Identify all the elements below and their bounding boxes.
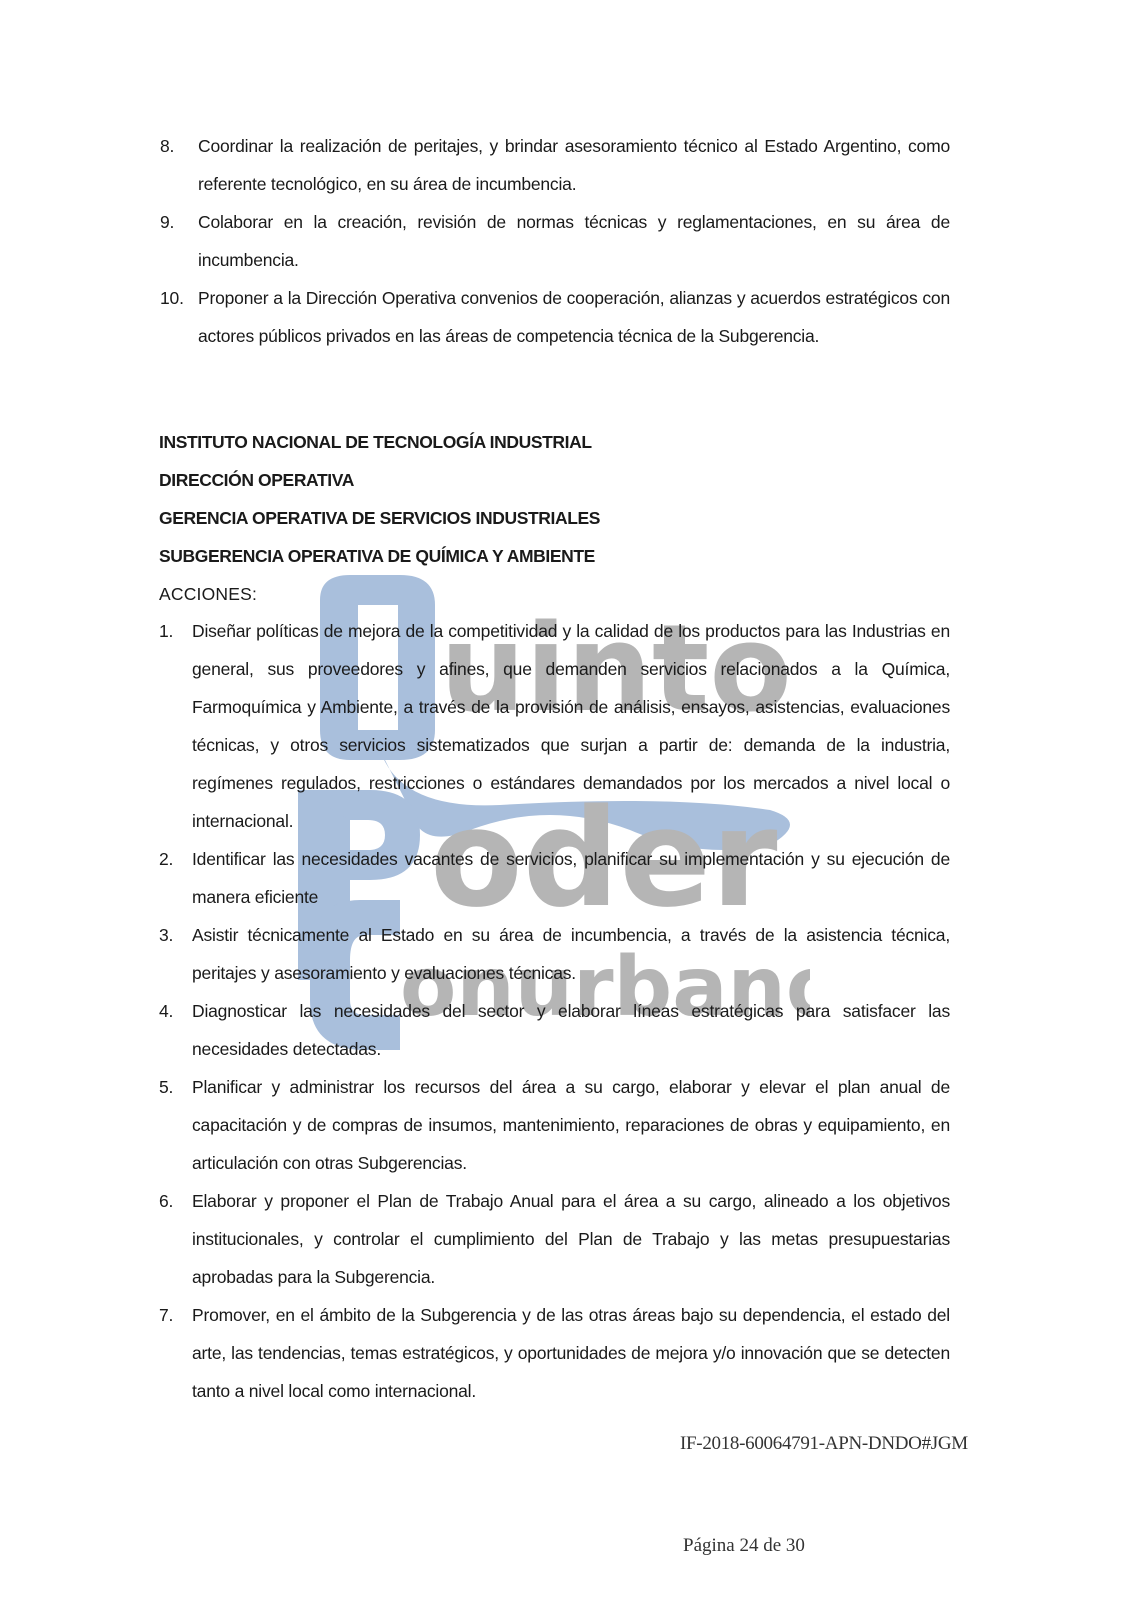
list-item-text: Elaborar y proponer el Plan de Trabajo A…: [192, 1191, 950, 1287]
list-item: 2. Identificar las necesidades vacantes …: [192, 840, 950, 916]
heading-management: GERENCIA OPERATIVA DE SERVICIOS INDUSTRI…: [159, 499, 959, 537]
list-item-number: 4.: [159, 992, 173, 1030]
list-item-number: 10.: [160, 279, 184, 317]
list-item: 9. Colaborar en la creación, revisión de…: [198, 203, 950, 279]
list-item-number: 5.: [159, 1068, 173, 1106]
list-item-text: Planificar y administrar los recursos de…: [192, 1077, 950, 1173]
list-item-number: 2.: [159, 840, 173, 878]
list-item-text: Diseñar políticas de mejora de la compet…: [192, 621, 950, 831]
section-header: INSTITUTO NACIONAL DE TECNOLOGÍA INDUSTR…: [159, 423, 959, 613]
list-item: 7. Promover, en el ámbito de la Subgeren…: [192, 1296, 950, 1410]
list-item-text: Coordinar la realización de peritajes, y…: [198, 136, 950, 194]
list-item-number: 8.: [160, 127, 174, 165]
list-item-text: Colaborar en la creación, revisión de no…: [198, 212, 950, 270]
list-item-number: 7.: [159, 1296, 173, 1334]
list-item-number: 1.: [159, 612, 173, 650]
actions-list: 1. Diseñar políticas de mejora de la com…: [192, 612, 950, 1410]
heading-institute: INSTITUTO NACIONAL DE TECNOLOGÍA INDUSTR…: [159, 423, 959, 461]
list-item: 10. Proponer a la Dirección Operativa co…: [198, 279, 950, 355]
page-number: Página 24 de 30: [683, 1535, 805, 1557]
list-item-number: 3.: [159, 916, 173, 954]
list-item-text: Identificar las necesidades vacantes de …: [192, 849, 950, 907]
list-item: 1. Diseñar políticas de mejora de la com…: [192, 612, 950, 840]
list-item: 8. Coordinar la realización de peritajes…: [198, 127, 950, 203]
list-item-number: 9.: [160, 203, 174, 241]
heading-submanagement: SUBGERENCIA OPERATIVA DE QUÍMICA Y AMBIE…: [159, 537, 959, 575]
actions-label: ACCIONES:: [159, 575, 959, 613]
list-item-text: Asistir técnicamente al Estado en su áre…: [192, 925, 950, 983]
list-item: 4. Diagnosticar las necesidades del sect…: [192, 992, 950, 1068]
list-item: 3. Asistir técnicamente al Estado en su …: [192, 916, 950, 992]
heading-direction: DIRECCIÓN OPERATIVA: [159, 461, 959, 499]
list-item-number: 6.: [159, 1182, 173, 1220]
list-item: 6. Elaborar y proponer el Plan de Trabaj…: [192, 1182, 950, 1296]
list-item-text: Diagnosticar las necesidades del sector …: [192, 1001, 950, 1059]
document-page: uinto oder onurbano 8. Coordinar la real…: [0, 0, 1131, 1600]
list-continued: 8. Coordinar la realización de peritajes…: [198, 127, 950, 355]
list-item-text: Promover, en el ámbito de la Subgerencia…: [192, 1305, 950, 1401]
list-item: 5. Planificar y administrar los recursos…: [192, 1068, 950, 1182]
list-item-text: Proponer a la Dirección Operativa conven…: [198, 288, 950, 346]
document-id: IF-2018-60064791-APN-DNDO#JGM: [680, 1433, 968, 1455]
